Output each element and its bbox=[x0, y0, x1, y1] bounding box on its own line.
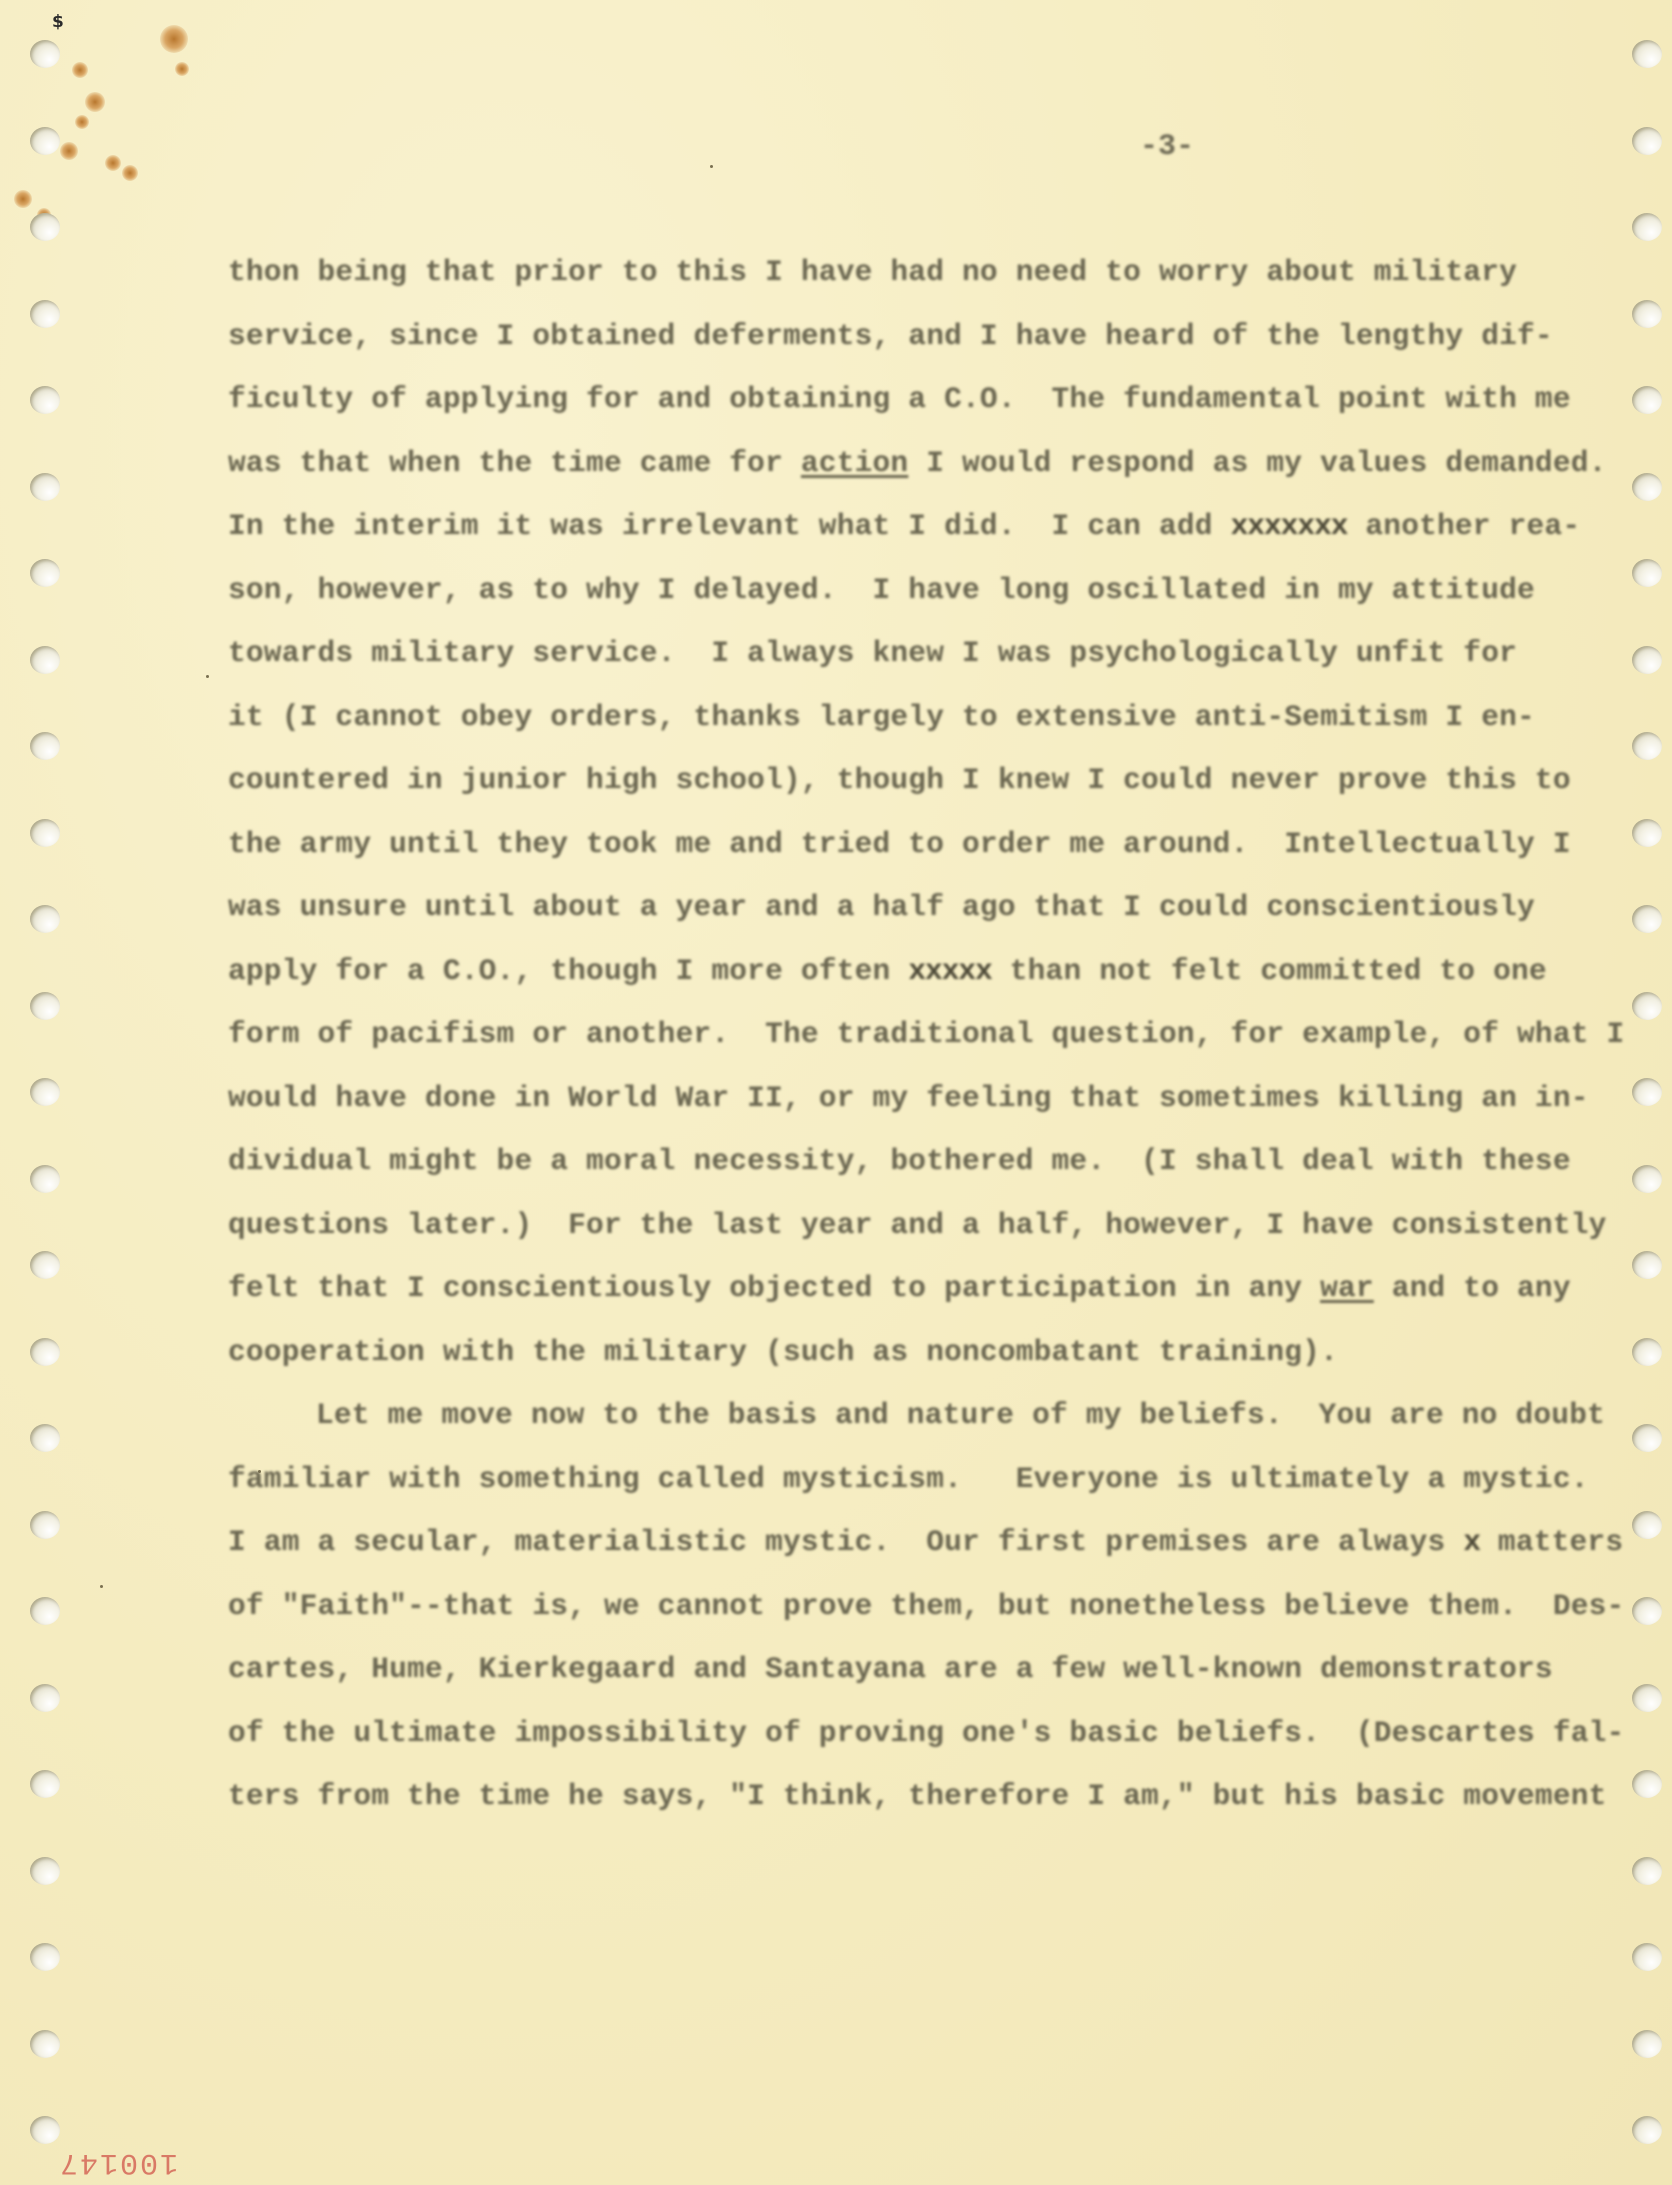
rust-stain bbox=[175, 62, 189, 76]
punch-hole bbox=[1632, 819, 1662, 847]
punch-hole bbox=[1632, 300, 1662, 328]
line-text: the army until they took me and tried to… bbox=[228, 827, 1571, 861]
page-number: -3- bbox=[1140, 130, 1194, 164]
punch-hole bbox=[1632, 1684, 1662, 1712]
punch-hole bbox=[30, 646, 60, 674]
line-text: ters from the time he says, "I think, th… bbox=[228, 1779, 1607, 1813]
punch-hole bbox=[1632, 1424, 1662, 1452]
rust-stain bbox=[14, 190, 32, 208]
overtyped-word: x bbox=[1463, 1525, 1480, 1559]
text-line: apply for a C.O., though I more often xx… bbox=[228, 947, 1558, 1011]
line-text: of "Faith"--that is, we cannot prove the… bbox=[228, 1589, 1624, 1623]
text-line: son, however, as to why I delayed. I hav… bbox=[228, 566, 1558, 630]
line-text: it (I cannot obey orders, thanks largely… bbox=[228, 700, 1535, 734]
rust-stain bbox=[160, 25, 188, 53]
punch-hole bbox=[30, 1857, 60, 1885]
text-line: Let me move now to the basis and nature … bbox=[228, 1391, 1558, 1455]
rust-stain bbox=[105, 155, 121, 171]
line-text: than not felt committed to one bbox=[992, 954, 1547, 988]
overtyped-word: xxxxxxx bbox=[1231, 509, 1348, 543]
punch-hole bbox=[30, 1251, 60, 1279]
line-text: In the interim it was irrelevant what I … bbox=[228, 509, 1231, 543]
text-line: form of pacifism or another. The traditi… bbox=[228, 1010, 1558, 1074]
overtyped-word: xxxxx bbox=[908, 954, 992, 988]
ink-speck bbox=[206, 675, 209, 678]
punch-hole bbox=[1632, 1165, 1662, 1193]
punch-hole bbox=[30, 905, 60, 933]
text-line: felt that I conscientiously objected to … bbox=[228, 1264, 1558, 1328]
punch-hole bbox=[30, 1511, 60, 1539]
punch-hole bbox=[1632, 1857, 1662, 1885]
punch-hole bbox=[30, 1338, 60, 1366]
text-line: would have done in World War II, or my f… bbox=[228, 1074, 1558, 1138]
line-text: Let me move now to the basis and nature … bbox=[316, 1398, 1605, 1432]
underlined-word: action bbox=[801, 446, 908, 480]
line-text: and to any bbox=[1374, 1271, 1571, 1305]
punch-hole bbox=[30, 1684, 60, 1712]
line-text: was that when the time came for bbox=[228, 446, 801, 480]
corner-mark: $ bbox=[52, 12, 64, 32]
rust-stain bbox=[122, 165, 138, 181]
text-line: of the ultimate impossibility of proving… bbox=[228, 1709, 1558, 1773]
line-text: cartes, Hume, Kierkegaard and Santayana … bbox=[228, 1652, 1553, 1686]
text-line: service, since I obtained deferments, an… bbox=[228, 312, 1558, 376]
line-text: form of pacifism or another. The traditi… bbox=[228, 1017, 1624, 1051]
punch-hole bbox=[30, 1770, 60, 1798]
punch-hole bbox=[30, 1078, 60, 1106]
text-line: cooperation with the military (such as n… bbox=[228, 1328, 1558, 1392]
line-text: ficulty of applying for and obtaining a … bbox=[228, 382, 1571, 416]
punch-hole bbox=[30, 1165, 60, 1193]
line-text: son, however, as to why I delayed. I hav… bbox=[228, 573, 1535, 607]
punch-hole bbox=[1632, 2030, 1662, 2058]
punch-hole bbox=[30, 2116, 60, 2144]
text-line: familiar with something called mysticism… bbox=[228, 1455, 1558, 1519]
text-line: the army until they took me and tried to… bbox=[228, 820, 1558, 884]
punch-hole bbox=[1632, 1338, 1662, 1366]
underlined-word: war bbox=[1320, 1271, 1374, 1305]
punch-hole bbox=[1632, 559, 1662, 587]
punch-hole bbox=[1632, 2116, 1662, 2144]
text-line: was that when the time came for action I… bbox=[228, 439, 1558, 503]
line-text: questions later.) For the last year and … bbox=[228, 1208, 1607, 1242]
rust-stain bbox=[75, 115, 89, 129]
text-line: ters from the time he says, "I think, th… bbox=[228, 1772, 1558, 1836]
punch-hole bbox=[30, 473, 60, 501]
text-line: countered in junior high school), though… bbox=[228, 756, 1558, 820]
punch-hole bbox=[30, 40, 60, 68]
text-line: In the interim it was irrelevant what I … bbox=[228, 502, 1558, 566]
text-line: dividual might be a moral necessity, bot… bbox=[228, 1137, 1558, 1201]
punch-hole bbox=[30, 1424, 60, 1452]
punch-hole bbox=[1632, 992, 1662, 1020]
line-text: cooperation with the military (such as n… bbox=[228, 1335, 1338, 1369]
punch-hole bbox=[30, 213, 60, 241]
typed-body-text: thon being that prior to this I have had… bbox=[228, 248, 1558, 1836]
ink-speck bbox=[710, 165, 713, 168]
document-page: $ -3- thon being that prior to this I ha… bbox=[0, 0, 1672, 2185]
text-line: thon being that prior to this I have had… bbox=[228, 248, 1558, 312]
text-line: towards military service. I always knew … bbox=[228, 629, 1558, 693]
line-text: apply for a C.O., though I more often bbox=[228, 954, 908, 988]
punch-hole bbox=[30, 559, 60, 587]
punch-hole bbox=[1632, 1770, 1662, 1798]
line-text: I am a secular, materialistic mystic. Ou… bbox=[228, 1525, 1463, 1559]
ink-speck bbox=[100, 1585, 103, 1588]
line-text: thon being that prior to this I have had… bbox=[228, 255, 1517, 289]
rust-stain bbox=[60, 142, 78, 160]
punch-hole bbox=[30, 819, 60, 847]
line-text: service, since I obtained deferments, an… bbox=[228, 319, 1553, 353]
punch-hole bbox=[30, 386, 60, 414]
line-text: felt that I conscientiously objected to … bbox=[228, 1271, 1320, 1305]
punch-hole bbox=[1632, 1078, 1662, 1106]
punch-hole bbox=[1632, 127, 1662, 155]
punch-hole bbox=[1632, 473, 1662, 501]
punch-hole bbox=[1632, 213, 1662, 241]
text-line: I am a secular, materialistic mystic. Ou… bbox=[228, 1518, 1558, 1582]
punch-hole bbox=[1632, 386, 1662, 414]
punch-hole bbox=[1632, 1943, 1662, 1971]
punch-hole bbox=[30, 1597, 60, 1625]
punch-hole bbox=[30, 2030, 60, 2058]
line-text: another rea- bbox=[1347, 509, 1580, 543]
punch-hole bbox=[30, 1943, 60, 1971]
punch-hole bbox=[1632, 646, 1662, 674]
line-text: familiar with something called mysticism… bbox=[228, 1462, 1589, 1496]
text-line: ficulty of applying for and obtaining a … bbox=[228, 375, 1558, 439]
punch-hole bbox=[1632, 1251, 1662, 1279]
text-line: questions later.) For the last year and … bbox=[228, 1201, 1558, 1265]
text-line: it (I cannot obey orders, thanks largely… bbox=[228, 693, 1558, 757]
rust-stain bbox=[85, 92, 105, 112]
punch-hole bbox=[30, 127, 60, 155]
text-line: was unsure until about a year and a half… bbox=[228, 883, 1558, 947]
text-line: cartes, Hume, Kierkegaard and Santayana … bbox=[228, 1645, 1558, 1709]
punch-hole bbox=[30, 732, 60, 760]
line-text: was unsure until about a year and a half… bbox=[228, 890, 1535, 924]
rust-stain bbox=[72, 62, 88, 78]
line-text: countered in junior high school), though… bbox=[228, 763, 1571, 797]
line-text: matters bbox=[1480, 1525, 1623, 1559]
line-text: I would respond as my values demanded. bbox=[908, 446, 1606, 480]
punch-hole bbox=[1632, 1597, 1662, 1625]
text-line: of "Faith"--that is, we cannot prove the… bbox=[228, 1582, 1558, 1646]
punch-hole bbox=[1632, 732, 1662, 760]
punch-hole bbox=[30, 300, 60, 328]
line-text: would have done in World War II, or my f… bbox=[228, 1081, 1589, 1115]
line-text: towards military service. I always knew … bbox=[228, 636, 1517, 670]
punch-hole bbox=[1632, 905, 1662, 933]
punch-hole bbox=[1632, 1511, 1662, 1539]
archive-stamp-number: 100147 bbox=[58, 2145, 178, 2179]
line-text: of the ultimate impossibility of proving… bbox=[228, 1716, 1624, 1750]
punch-hole bbox=[1632, 40, 1662, 68]
line-text: dividual might be a moral necessity, bot… bbox=[228, 1144, 1571, 1178]
punch-hole bbox=[30, 992, 60, 1020]
